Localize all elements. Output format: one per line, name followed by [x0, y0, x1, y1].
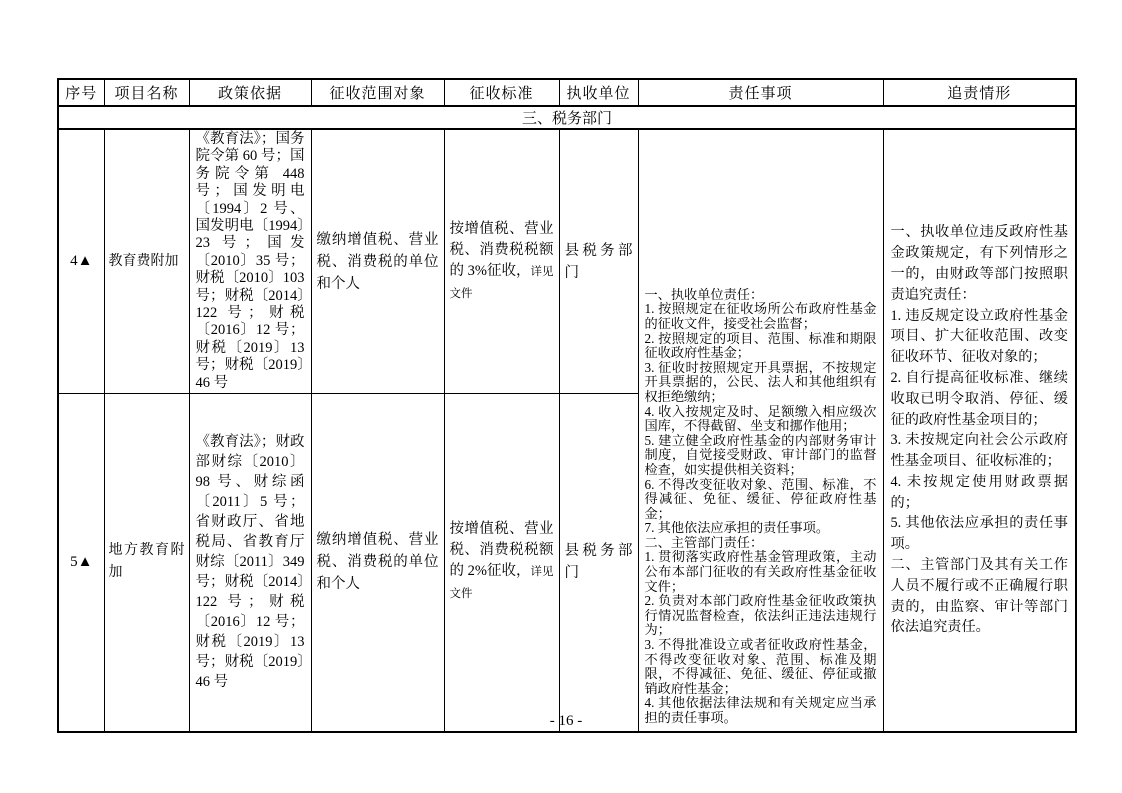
project-name-cell: 教育费附加 [104, 129, 189, 394]
section-row-tax-department: 三、税务部门 [58, 106, 1076, 129]
policy-basis-cell: 《教育法》；财政部财综〔2010〕98 号、财综函〔2011〕5 号；省财政厅、… [189, 394, 311, 732]
col-header-project-name: 项目名称 [104, 79, 189, 106]
col-header-duties: 责任事项 [638, 79, 883, 106]
project-name-cell: 地方教育附加 [104, 394, 189, 732]
col-header-policy-basis: 政策依据 [189, 79, 311, 106]
accountability-cell: 一、执收单位违反政府性基金政策规定，有下列情形之一的，由财政等部门按照职责追究责… [883, 129, 1076, 732]
col-header-standard: 征收标准 [444, 79, 559, 106]
scope-cell: 缴纳增值税、营业税、消费税的单位和个人 [311, 129, 444, 394]
page-number: - 16 - [57, 713, 1075, 730]
duties-cell: 一、执收单位责任： 1. 按照规定在征收场所公布政府性基金的征收文件，接受社会监… [638, 129, 883, 732]
standard-cell: 按增值税、营业税、消费税税额的 3%征收，详见文件 [444, 129, 559, 394]
col-header-scope: 征收范围对象 [311, 79, 444, 106]
document-page: 序号 项目名称 政策依据 征收范围对象 征收标准 执收单位 责任事项 追责情形 … [0, 0, 1122, 793]
col-header-collecting-unit: 执收单位 [559, 79, 638, 106]
table-row-education-surcharge: 4▲ 教育费附加 《教育法》；国务院令第 60 号；国务院令第 448 号；国发… [58, 129, 1076, 394]
collecting-unit-cell: 县税务部门 [559, 129, 638, 394]
policy-basis-cell: 《教育法》；国务院令第 60 号；国务院令第 448 号；国发明电〔1994〕2… [189, 129, 311, 394]
col-header-seq: 序号 [58, 79, 104, 106]
seq-cell: 4▲ [58, 129, 104, 394]
table-header-row: 序号 项目名称 政策依据 征收范围对象 征收标准 执收单位 责任事项 追责情形 [58, 79, 1076, 106]
col-header-accountability: 追责情形 [883, 79, 1076, 106]
standard-cell: 按增值税、营业税、消费税税额的 2%征收，详见文件 [444, 394, 559, 732]
collecting-unit-cell: 县税务部门 [559, 394, 638, 732]
seq-cell: 5▲ [58, 394, 104, 732]
section-title: 三、税务部门 [58, 106, 1076, 129]
scope-cell: 缴纳增值税、营业税、消费税的单位和个人 [311, 394, 444, 732]
government-fund-table: 序号 项目名称 政策依据 征收范围对象 征收标准 执收单位 责任事项 追责情形 … [57, 78, 1077, 733]
